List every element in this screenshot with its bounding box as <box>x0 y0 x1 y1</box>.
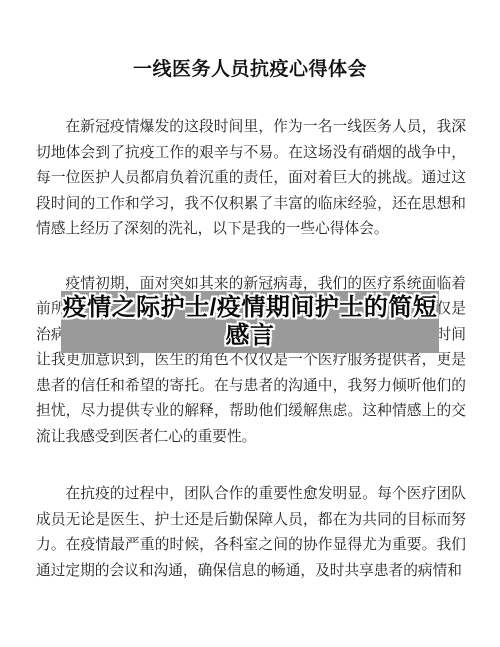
paragraph: 在抗疫的过程中，团队合作的重要性愈发明显。每个医疗团队成员无论是医生、护士还是后… <box>36 482 466 584</box>
paragraph: 在新冠疫情爆发的这段时间里，作为一名一线医务人员，我深切地体会到了抗疫工作的艰辛… <box>36 115 466 243</box>
page-title: 一线医务人员抗疫心得体会 <box>0 0 500 83</box>
overlay-headline: 疫情之际护士/疫情期间护士的简短感言 <box>61 291 439 353</box>
document-page: 一线医务人员抗疫心得体会 在新冠疫情爆发的这段时间里，作为一名一线医务人员，我深… <box>0 0 500 647</box>
